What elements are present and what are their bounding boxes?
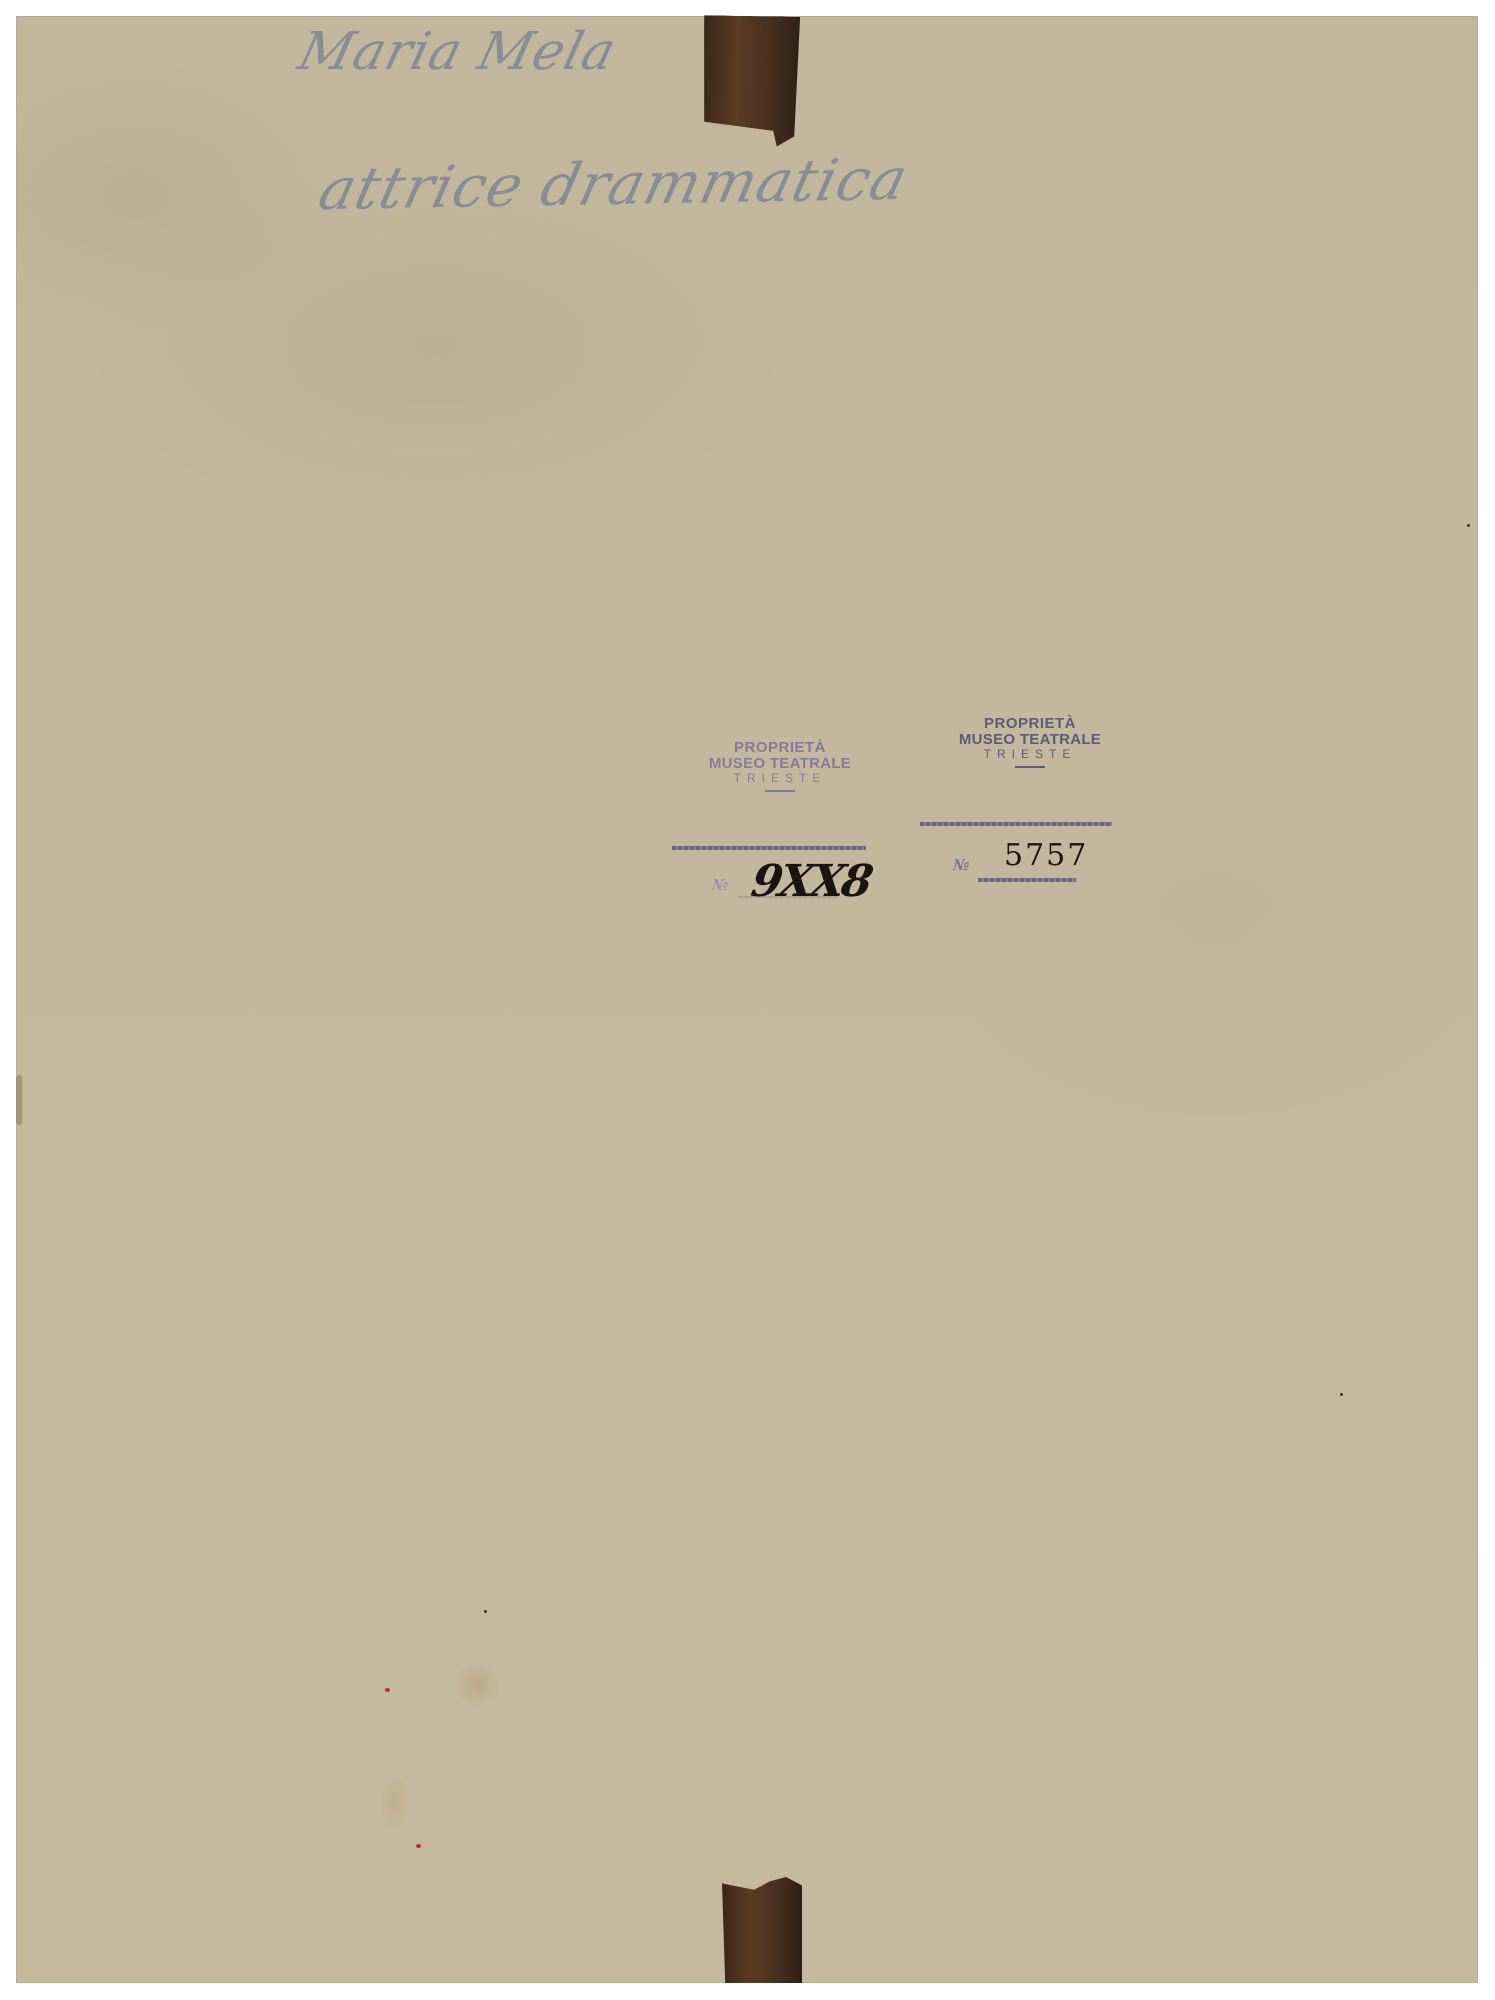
ink-speck [484,1610,487,1613]
stamp-dash [1015,766,1045,768]
stamp-rule [978,878,1076,882]
stamp-line-1: PROPRIETÀ [930,716,1130,732]
museum-stamp-right: PROPRIETÀ MUSEO TEATRALE TRIESTE [930,716,1130,768]
paper-stain [380,1775,410,1830]
paper-stain [455,1662,500,1707]
stamp-line-3: TRIESTE [680,772,880,785]
stamp-rule [738,896,838,898]
crossed-out-number: 9XX8 [748,856,875,907]
handwritten-role: attrice drammatica [313,145,915,223]
red-speck [385,1688,390,1692]
red-speck [416,1844,421,1848]
ink-speck [1340,1393,1343,1396]
museum-stamp-left: PROPRIETÀ MUSEO TEATRALE TRIESTE [680,740,880,792]
document-page [16,16,1478,1983]
handwritten-name: Maria Mela [293,22,623,82]
stamp-line-3: TRIESTE [930,748,1130,761]
ink-speck [1467,524,1470,527]
stamp-line-2: MUSEO TEATRALE [680,756,880,772]
stamp-line-1: PROPRIETÀ [680,740,880,756]
adhesive-tape-bottom [722,1877,802,1983]
inventory-number: 5757 [1004,838,1088,873]
edge-mark [16,1075,22,1125]
stamp-rule [920,822,1112,826]
stamp-rule [672,846,866,850]
number-label: № [712,876,728,894]
number-label: № [953,856,969,874]
stamp-line-2: MUSEO TEATRALE [930,732,1130,748]
stamp-dash [765,790,795,792]
